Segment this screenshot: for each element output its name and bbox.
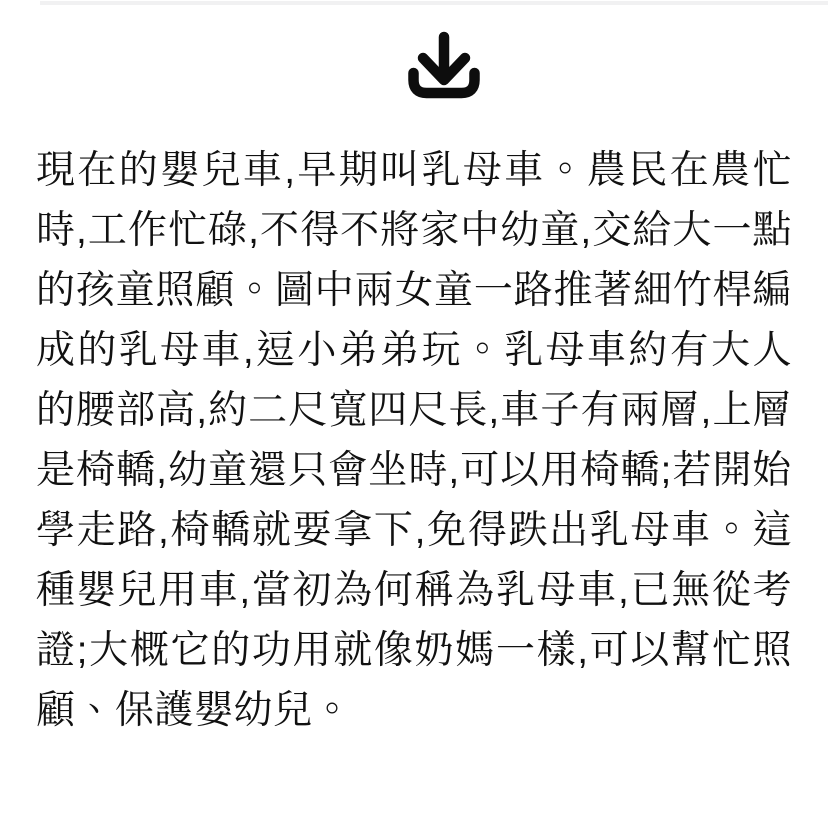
top-divider [40, 1, 828, 5]
download-button[interactable] [408, 30, 480, 108]
reader-page: 現在的嬰兒車,早期叫乳母車。農民在農忙時,工作忙碌,不得不將家中幼童,交給大一點… [0, 0, 828, 819]
article-text: 現在的嬰兒車,早期叫乳母車。農民在農忙時,工作忙碌,不得不將家中幼童,交給大一點… [0, 141, 828, 741]
download-icon [408, 30, 480, 108]
